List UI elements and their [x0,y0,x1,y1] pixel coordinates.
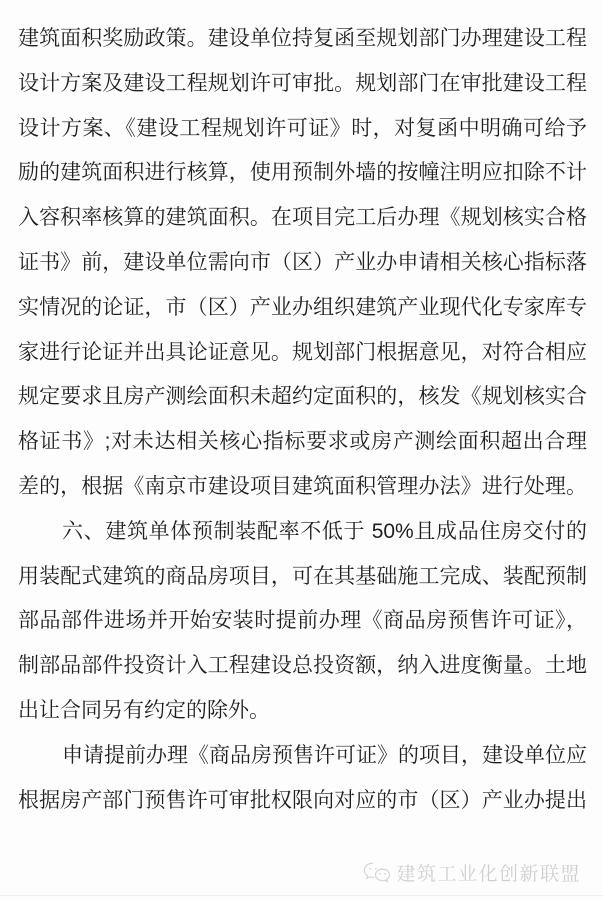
text-line: 入容积率核算的建筑面积。在项目完工后办理《规划核实合格 [18,196,587,241]
text-line: 部品部件进场并开始安装时提前办理《商品房预售许可证》，预 [18,599,587,644]
text-line: 差的，根据《南京市建设项目建筑面积管理办法》进行处理。 [18,465,587,510]
text-line: 励的建筑面积进行核算，使用预制外墙的按幢注明应扣除不计 [18,151,587,196]
wechat-icon [363,861,390,884]
watermark: 建筑工业化创新联盟 [363,859,581,886]
text-line: 制部品部件投资计入工程建设总投资额，纳入进度衡量。土地 [18,644,587,689]
document-body: 建筑面积奖励政策。建设单位持复函至规划部门办理建设工程设计方案及建设工程规划许可… [18,17,587,823]
text-line: 实情况的论证，市（区）产业办组织建筑产业现代化专家库专 [18,286,587,331]
text-line: 申请提前办理《商品房预售许可证》的项目，建设单位应 [18,734,587,779]
text-line: 设计方案及建设工程规划许可审批。规划部门在审批建设工程 [18,62,587,107]
text-line: 规定要求且房产测绘面积未超约定面积的，核发《规划核实合 [18,375,587,420]
document-page: { "colors": { "background": "#fdfdfd", "… [0,0,603,900]
text-line: 六、建筑单体预制装配率不低于 50%且成品住房交付的采 [18,510,587,555]
text-line: 用装配式建筑的商品房项目，可在其基础施工完成、装配预制 [18,555,587,600]
text-line: 根据房产部门预售许可审批权限向对应的市（区）产业办提出 [18,779,587,824]
text-line: 设计方案、《建设工程规划许可证》时，对复函中明确可给予奖 [18,107,587,152]
text-line: 出让合同另有约定的除外。 [18,689,587,734]
bottom-divider [0,895,603,896]
text-line: 证书》前，建设单位需向市（区）产业办申请相关核心指标落 [18,241,587,286]
text-line: 家进行论证并出具论证意见。规划部门根据意见，对符合相应 [18,331,587,376]
watermark-label: 建筑工业化创新联盟 [396,859,581,886]
text-line: 格证书》;对未达相关核心指标要求或房产测绘面积超出合理误 [18,420,587,465]
text-line: 建筑面积奖励政策。建设单位持复函至规划部门办理建设工程 [18,17,587,62]
